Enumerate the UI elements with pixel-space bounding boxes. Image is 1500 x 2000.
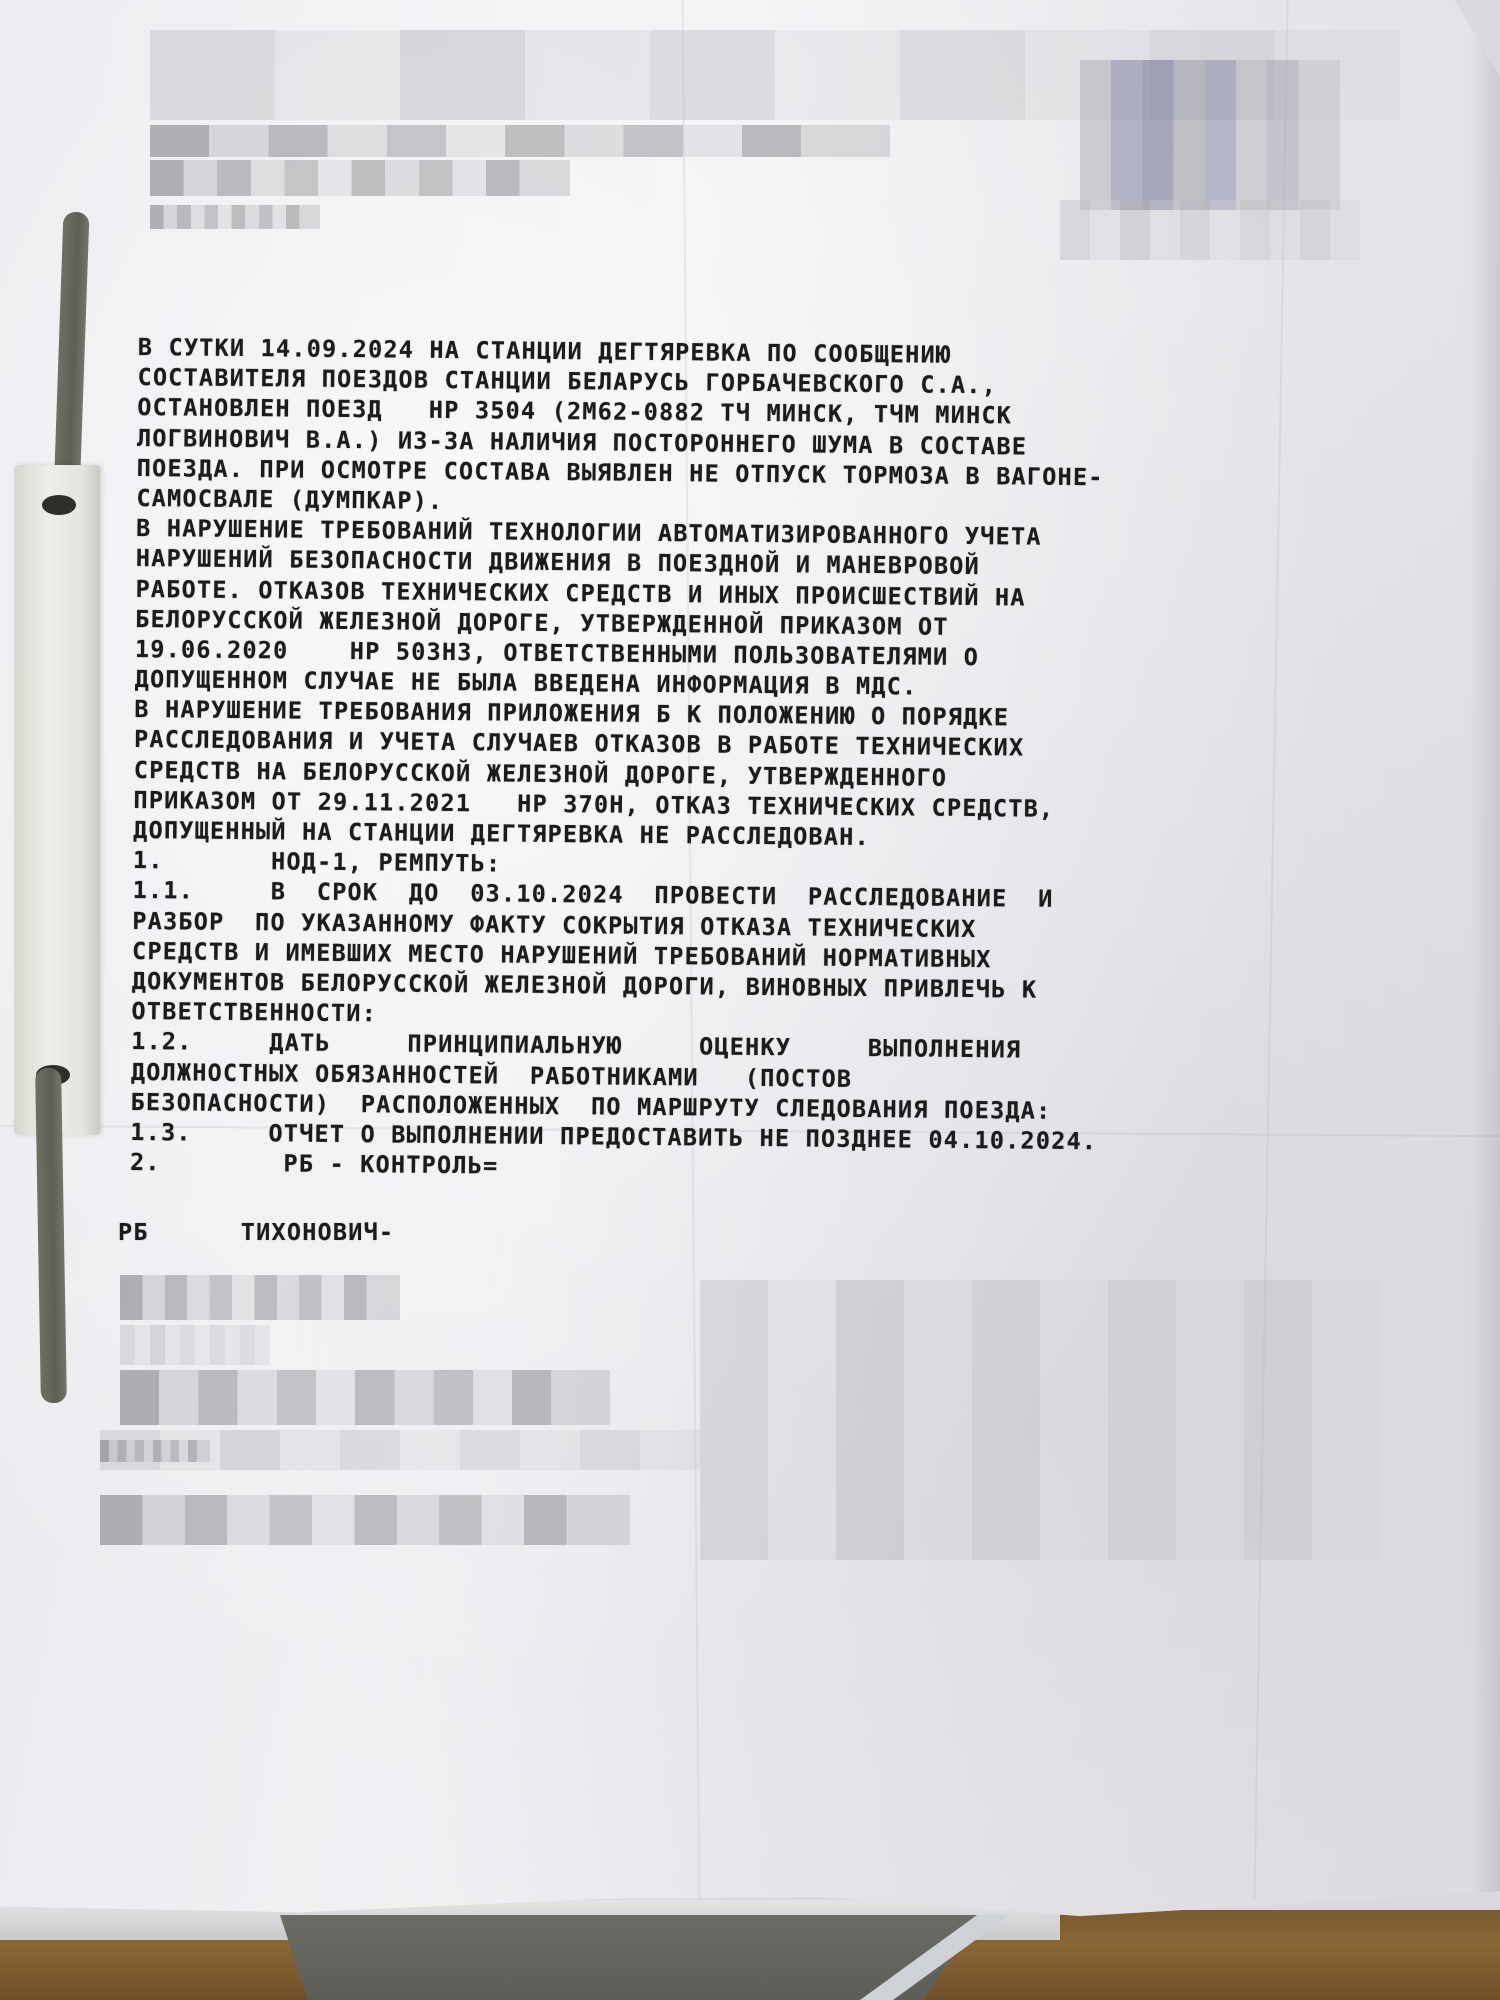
signature-prefix: РБ: [118, 1218, 149, 1246]
paper-edge: [1470, 0, 1500, 1920]
redacted-footer-line-1: [120, 1275, 400, 1320]
redacted-header-right: [1060, 200, 1360, 260]
signature-name: ТИХОНОВИЧ-: [241, 1218, 394, 1246]
redacted-footer-right: [700, 1280, 1380, 1560]
redacted-header-line-3: [150, 205, 320, 229]
telegram-sheet: В СУТКИ 14.09.2024 НА СТАНЦИИ ДЕГТЯРЕВКА…: [0, 0, 1500, 1920]
fastener-hole: [42, 495, 76, 515]
redacted-stamp: [1080, 60, 1340, 210]
redacted-footer-line-4: [100, 1440, 210, 1462]
redacted-footer-line-3: [120, 1370, 610, 1425]
grey-folder: [280, 1915, 980, 2000]
telegram-body: В СУТКИ 14.09.2024 НА СТАНЦИИ ДЕГТЯРЕВКА…: [130, 332, 1418, 1189]
redacted-header-line-1: [150, 125, 890, 157]
fastener-plate: [14, 465, 100, 1135]
redacted-header-line-2: [150, 160, 570, 196]
redacted-footer-line-5: [100, 1495, 630, 1545]
signature-line: РБ ТИХОНОВИЧ-: [118, 1218, 394, 1246]
redacted-footer-line-2: [120, 1325, 270, 1365]
